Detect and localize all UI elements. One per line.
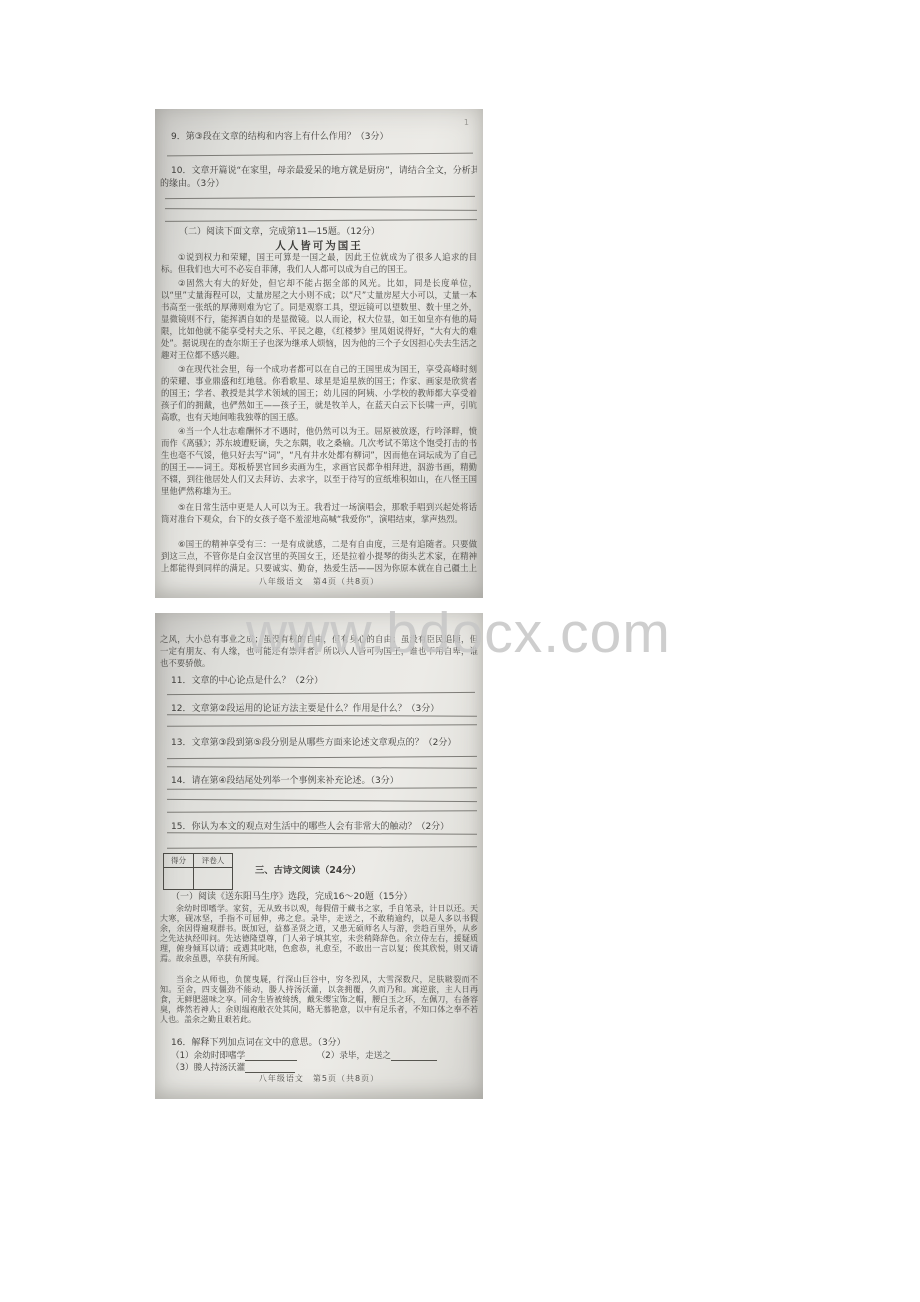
passage-paragraph-2: 当余之从师也，负箧曳屣，行深山巨谷中，穷冬烈风，大雪深数尺，足肤皲裂而不知。至舍… bbox=[160, 975, 478, 1037]
question-9: 9．第③段在文章的结构和内容上有什么作用？（3分） bbox=[171, 131, 389, 143]
grader-value-empty bbox=[194, 868, 232, 889]
grader-label: 评卷人 bbox=[194, 854, 232, 868]
page-corner-mark: 1 bbox=[464, 118, 469, 127]
answer-line bbox=[167, 846, 477, 849]
essay-paragraph-4: ④当一个人壮志难酬怀才不遇时，他仍然可以为王。屈原被放逐，行吟泽畔，愤而作《离骚… bbox=[161, 425, 477, 499]
essay-paragraph-5: ⑤在日常生活中更是人人可以为王。我看过一场演唱会，那歌手唱到兴起处将话筒对准台下… bbox=[161, 501, 477, 537]
answer-line bbox=[167, 724, 477, 727]
q16-blank-2 bbox=[391, 1052, 437, 1061]
answer-line bbox=[167, 153, 473, 157]
question-13: 13．文章第③段到第⑤段分别是从哪些方面来论述文章观点的？（2分） bbox=[171, 737, 456, 749]
q16-blank-3 bbox=[245, 1064, 295, 1073]
essay-paragraph-1: ①说到权力和荣耀，国王可算是一国之最，因此王位就成为了很多人追求的目标。但我们也… bbox=[161, 251, 477, 275]
answer-line bbox=[167, 692, 475, 695]
q16-item-3: （3）媵人持汤沃灌 bbox=[171, 1063, 245, 1073]
essay-paragraph-2: ②固然大有大的好处，但它却不能占据全部的风光。比如，同是长度单位，以“里”丈量海… bbox=[161, 277, 477, 361]
section-2-header: （二）阅读下面文章，完成第11—15题。（12分） bbox=[179, 226, 380, 238]
question-15: 15．你认为本文的观点对生活中的哪些人会有非常大的触动？（2分） bbox=[171, 821, 449, 833]
answer-line bbox=[167, 799, 477, 802]
question-10-line2: 的缘由。（3分） bbox=[160, 178, 224, 190]
passage-paragraph-1: 余幼时即嗜学。家贫，无从致书以观，每假借于藏书之家，手自笔录，计日以还。天大寒，… bbox=[160, 904, 478, 974]
section-3-header: 三、古诗文阅读（24分） bbox=[255, 865, 361, 877]
question-11: 11．文章的中心论点是什么？（2分） bbox=[171, 675, 323, 687]
answer-line bbox=[167, 810, 477, 813]
score-value-empty bbox=[164, 868, 194, 889]
answer-line bbox=[165, 219, 477, 222]
question-16-item3-row: （3）媵人持汤沃灌 bbox=[171, 1061, 295, 1073]
document-preview-canvas: 1 9．第③段在文章的结构和内容上有什么作用？（3分） 10．文章开篇说“在家里… bbox=[0, 0, 920, 1302]
answer-line bbox=[167, 756, 477, 759]
answer-line bbox=[165, 196, 475, 199]
q16-item-2: （2）录毕，走送之 bbox=[317, 1051, 391, 1061]
answer-line bbox=[167, 766, 477, 769]
question-16: 16．解释下列加点词在文中的意思。（3分） bbox=[171, 1037, 346, 1049]
page-4-footer: 八年级语文 第4页（共8页） bbox=[155, 576, 483, 587]
page-5-footer: 八年级语文 第5页（共8页） bbox=[155, 1073, 483, 1084]
scanned-page-5: 之风，大小总有事业之成；虽没有权的自由，但有身心的自由；虽没有臣民追随，但一定有… bbox=[155, 613, 483, 1099]
essay-continuation: 之风，大小总有事业之成；虽没有权的自由，但有身心的自由；虽没有臣民追随，但一定有… bbox=[160, 633, 478, 671]
answer-line bbox=[165, 208, 477, 211]
scanned-page-4: 1 9．第③段在文章的结构和内容上有什么作用？（3分） 10．文章开篇说“在家里… bbox=[155, 109, 483, 598]
essay-paragraph-6: ⑥国王的精神享受有三：一是有成就感，二是有自由度，三是有追随者。只要做到这三点，… bbox=[161, 538, 477, 574]
answer-line bbox=[167, 787, 477, 790]
reading-intro: （一）阅读《送东阳马生序》选段，完成16～20题（15分） bbox=[171, 891, 412, 903]
answer-line bbox=[167, 832, 477, 835]
answer-line bbox=[167, 714, 477, 717]
essay-paragraph-3: ③在现代社会里，每一个成功者都可以在自己的王国里成为国王，享受高峰时刻的荣耀、事… bbox=[161, 363, 477, 423]
question-14: 14．请在第④段结尾处列举一个事例来补充论述。（3分） bbox=[171, 775, 399, 787]
question-12: 12．文章第②段运用的论证方法主要是什么？作用是什么？（3分） bbox=[171, 703, 439, 715]
q16-blank-1 bbox=[245, 1052, 297, 1061]
q16-item-1: （1）余幼时即嗜学 bbox=[171, 1051, 245, 1061]
question-16-items-row: （1）余幼时即嗜学 （2）录毕，走送之 bbox=[171, 1049, 437, 1061]
score-label: 得分 bbox=[164, 854, 194, 868]
score-grader-table: 得分 评卷人 bbox=[163, 853, 233, 890]
question-10-line1: 10．文章开篇说“在家里，母亲最爱呆的地方就是厨房”，请结合全文，分析其中 bbox=[171, 165, 477, 177]
